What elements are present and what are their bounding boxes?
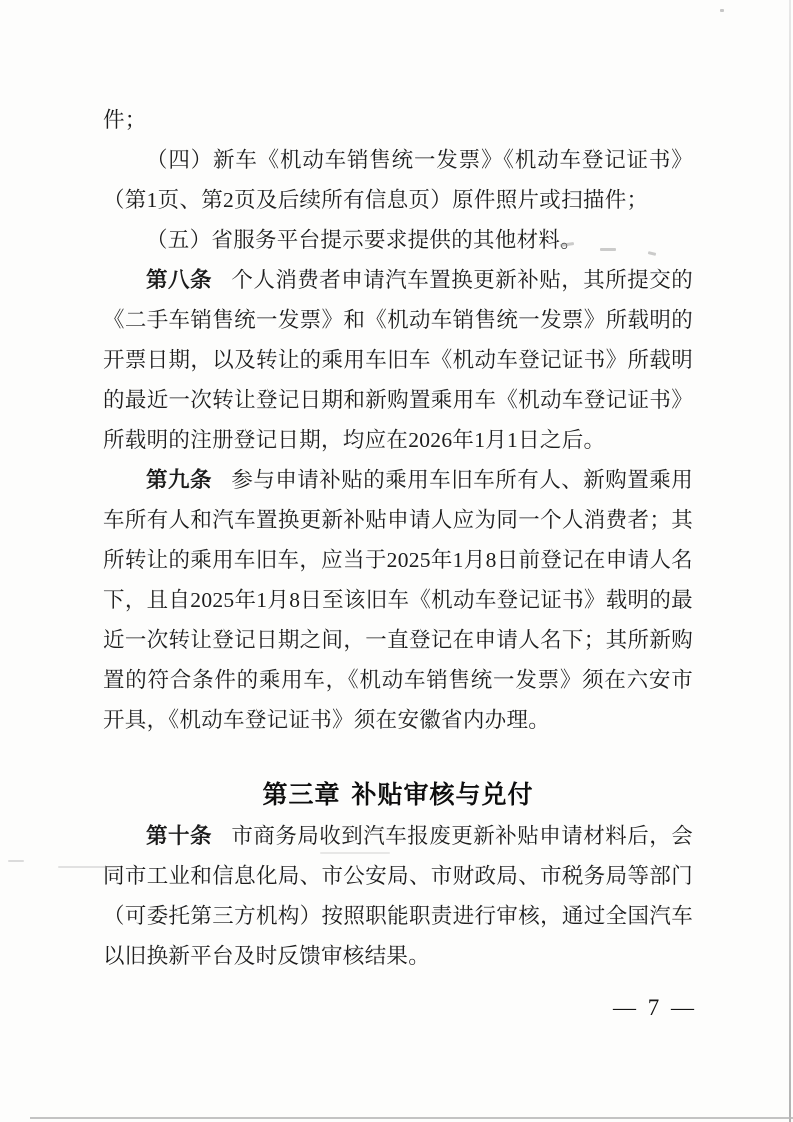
article-10-label: 第十条 (146, 824, 212, 848)
article-8-text: 个人消费者申请汽车置换更新补贴，其所提交的《二手车销售统一发票》和《机动车销售统… (103, 268, 693, 452)
continuation-line: 件； (103, 100, 693, 140)
chapter-number: 第三章 (262, 781, 340, 809)
article-8: 第八条个人消费者申请汽车置换更新补贴，其所提交的《二手车销售统一发票》和《机动车… (103, 260, 693, 460)
article-9-text: 参与申请补贴的乘用车旧车所有人、新购置乘用车所有人和汽车置换更新补贴申请人应为同… (103, 468, 693, 732)
article-9-label: 第九条 (146, 468, 212, 492)
scan-artifact (58, 866, 118, 868)
chapter-heading: 第三章补贴审核与兑付 (103, 774, 693, 816)
scan-edge-shadow-bottom (30, 1117, 793, 1119)
scan-artifact (600, 248, 616, 251)
clause-5: （五）省服务平台提示要求提供的其他材料。 (103, 220, 693, 260)
article-10: 第十条市商务局收到汽车报废更新补贴申请材料后，会同市工业和信息化局、市公安局、市… (103, 816, 693, 976)
document-body: 件； （四）新车《机动车销售统一发票》《机动车登记证书》（第1页、第2页及后续所… (103, 100, 693, 976)
clause-4: （四）新车《机动车销售统一发票》《机动车登记证书》（第1页、第2页及后续所有信息… (103, 140, 693, 220)
page-number: — 7 — (613, 988, 697, 1028)
scan-artifact (320, 852, 390, 854)
article-8-label: 第八条 (146, 268, 212, 292)
document-page: 件； （四）新车《机动车销售统一发票》《机动车登记证书》（第1页、第2页及后续所… (0, 0, 793, 1122)
scan-artifact (8, 860, 24, 862)
scan-edge-shadow-right (789, 0, 791, 1122)
scan-artifact (720, 9, 724, 12)
article-9: 第九条参与申请补贴的乘用车旧车所有人、新购置乘用车所有人和汽车置换更新补贴申请人… (103, 460, 693, 740)
chapter-title: 补贴审核与兑付 (352, 781, 534, 809)
